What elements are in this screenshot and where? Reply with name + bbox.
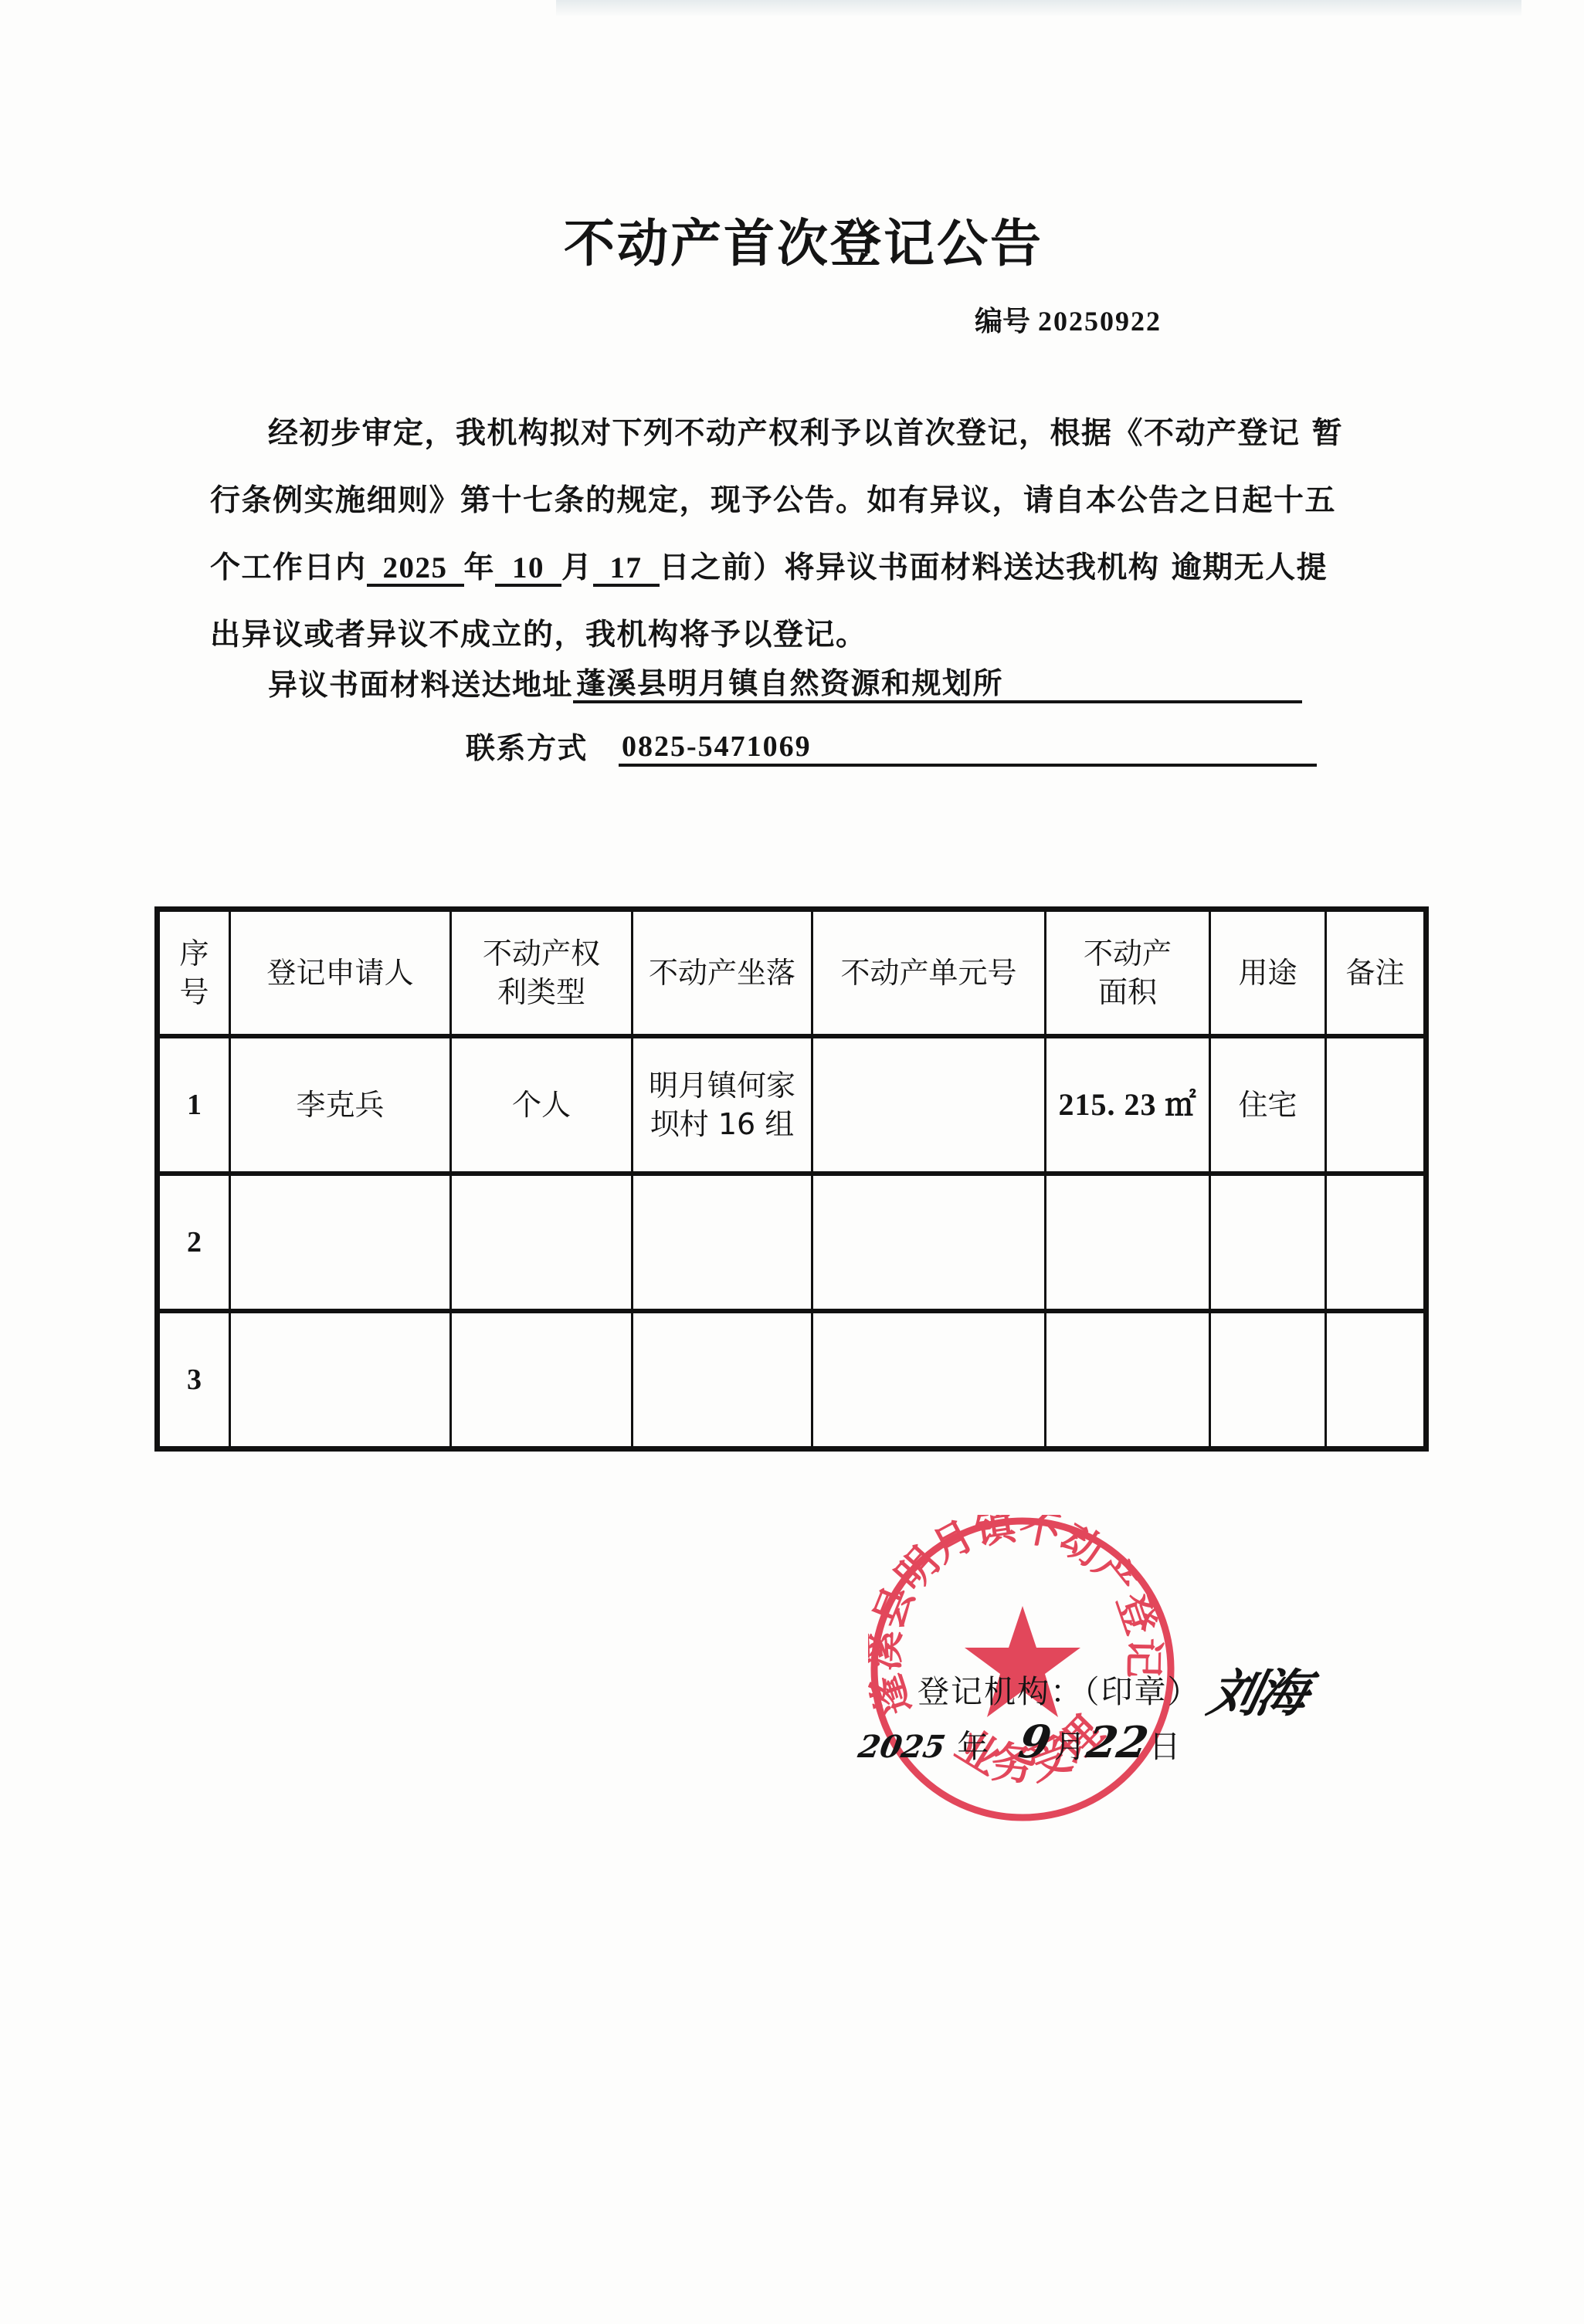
paragraph-line-3: 个工作日内2025年10月17日之前）将异议书面材料送达我机构 逾期无人提 — [210, 534, 1369, 601]
table-row: 3 — [158, 1311, 1426, 1449]
cell-location — [633, 1174, 812, 1311]
cell-location — [633, 1311, 812, 1449]
document-number: 编号20250922 — [975, 300, 1162, 339]
registry-label: 登记机构：（印章） — [917, 1666, 1201, 1712]
cell-seq: 2 — [158, 1174, 230, 1311]
month-char: 月 — [561, 550, 593, 585]
date-year: 2025 — [856, 1729, 948, 1765]
cell-unit-no — [812, 1036, 1046, 1174]
contact-row: 联系方式 0825-5471069 — [466, 724, 1317, 767]
header-unit-no: 不动产单元号 — [812, 910, 1046, 1037]
header-remarks: 备注 — [1326, 910, 1426, 1037]
objection-address-row: 异议书面材料送达地址 蓬溪县明月镇自然资源和规划所 — [268, 661, 1302, 703]
cell-applicant — [230, 1174, 451, 1311]
contact-label: 联系方式 — [466, 724, 588, 767]
cell-unit-no — [812, 1311, 1046, 1449]
cell-applicant: 李克兵 — [230, 1036, 451, 1174]
deadline-day: 17 — [593, 553, 660, 587]
scan-edge-artifact — [556, 0, 1521, 17]
date-day-char: 日 — [1149, 1721, 1181, 1767]
header-applicant: 登记申请人 — [230, 910, 451, 1037]
date-day: 22 — [1083, 1717, 1152, 1768]
line3-prefix: 个工作日内 — [210, 550, 367, 585]
cell-seq: 1 — [158, 1036, 230, 1174]
paragraph-line-1: 经初步审定，我机构拟对下列不动产权利予以首次登记，根据《不动产登记 暂 — [210, 400, 1369, 467]
cell-usage — [1210, 1311, 1326, 1449]
deadline-year: 2025 — [367, 553, 464, 587]
cell-right-type — [451, 1311, 633, 1449]
cell-area — [1046, 1311, 1210, 1449]
document-number-label: 编号 — [975, 305, 1030, 337]
header-usage: 用途 — [1210, 910, 1326, 1037]
cell-location: 明月镇何家坝村 16 组 — [633, 1036, 812, 1174]
cell-remarks — [1326, 1174, 1426, 1311]
header-area: 不动产面积 — [1046, 910, 1210, 1037]
signature-date: 2025 年 9 月 22 日 — [859, 1716, 1181, 1768]
cell-right-type: 个人 — [451, 1036, 633, 1174]
handwritten-signature: 刘海 — [1202, 1652, 1313, 1726]
table-row: 2 — [158, 1174, 1426, 1311]
cell-usage — [1210, 1174, 1326, 1311]
cell-seq: 3 — [158, 1311, 230, 1449]
objection-address-value: 蓬溪县明月镇自然资源和规划所 — [573, 666, 1302, 703]
paragraph-line-4: 出异议或者异议不成立的，我机构将予以登记。 — [210, 601, 1369, 669]
objection-address-label: 异议书面材料送达地址 — [268, 661, 573, 703]
date-year-char: 年 — [957, 1721, 989, 1767]
header-seq: 序号 — [158, 910, 230, 1037]
year-char: 年 — [464, 550, 496, 585]
notice-paragraph: 经初步审定，我机构拟对下列不动产权利予以首次登记，根据《不动产登记 暂 行条例实… — [210, 400, 1369, 669]
table-row: 1 李克兵 个人 明月镇何家坝村 16 组 215. 23 ㎡ 住宅 — [158, 1036, 1426, 1174]
deadline-month: 10 — [495, 553, 561, 587]
date-month-char: 月 — [1054, 1721, 1086, 1767]
header-right-type: 不动产权利类型 — [451, 910, 633, 1037]
cell-area — [1046, 1174, 1210, 1311]
header-location: 不动产坐落 — [633, 910, 812, 1037]
cell-usage: 住宅 — [1210, 1036, 1326, 1174]
cell-remarks — [1326, 1311, 1426, 1449]
cell-applicant — [230, 1311, 451, 1449]
line3-suffix: 日之前）将异议书面材料送达我机构 逾期无人提 — [660, 550, 1328, 585]
contact-value: 0825-5471069 — [619, 730, 1317, 767]
document-number-value: 20250922 — [1038, 306, 1162, 337]
cell-unit-no — [812, 1174, 1046, 1311]
table-header-row: 序号 登记申请人 不动产权利类型 不动产坐落 不动产单元号 不动产面积 用途 备… — [158, 910, 1426, 1037]
date-month: 9 — [1015, 1716, 1055, 1768]
registration-table: 序号 登记申请人 不动产权利类型 不动产坐落 不动产单元号 不动产面积 用途 备… — [154, 906, 1429, 1452]
registry-signature-line: 登记机构：（印章） 刘海 — [917, 1652, 1306, 1726]
cell-right-type — [451, 1174, 633, 1311]
cell-remarks — [1326, 1036, 1426, 1174]
cell-area: 215. 23 ㎡ — [1046, 1036, 1210, 1174]
paragraph-line-2: 行条例实施细则》第十七条的规定，现予公告。如有异议，请自本公告之日起十五 — [210, 467, 1369, 534]
document-title: 不动产首次登记公告 — [0, 202, 1584, 276]
